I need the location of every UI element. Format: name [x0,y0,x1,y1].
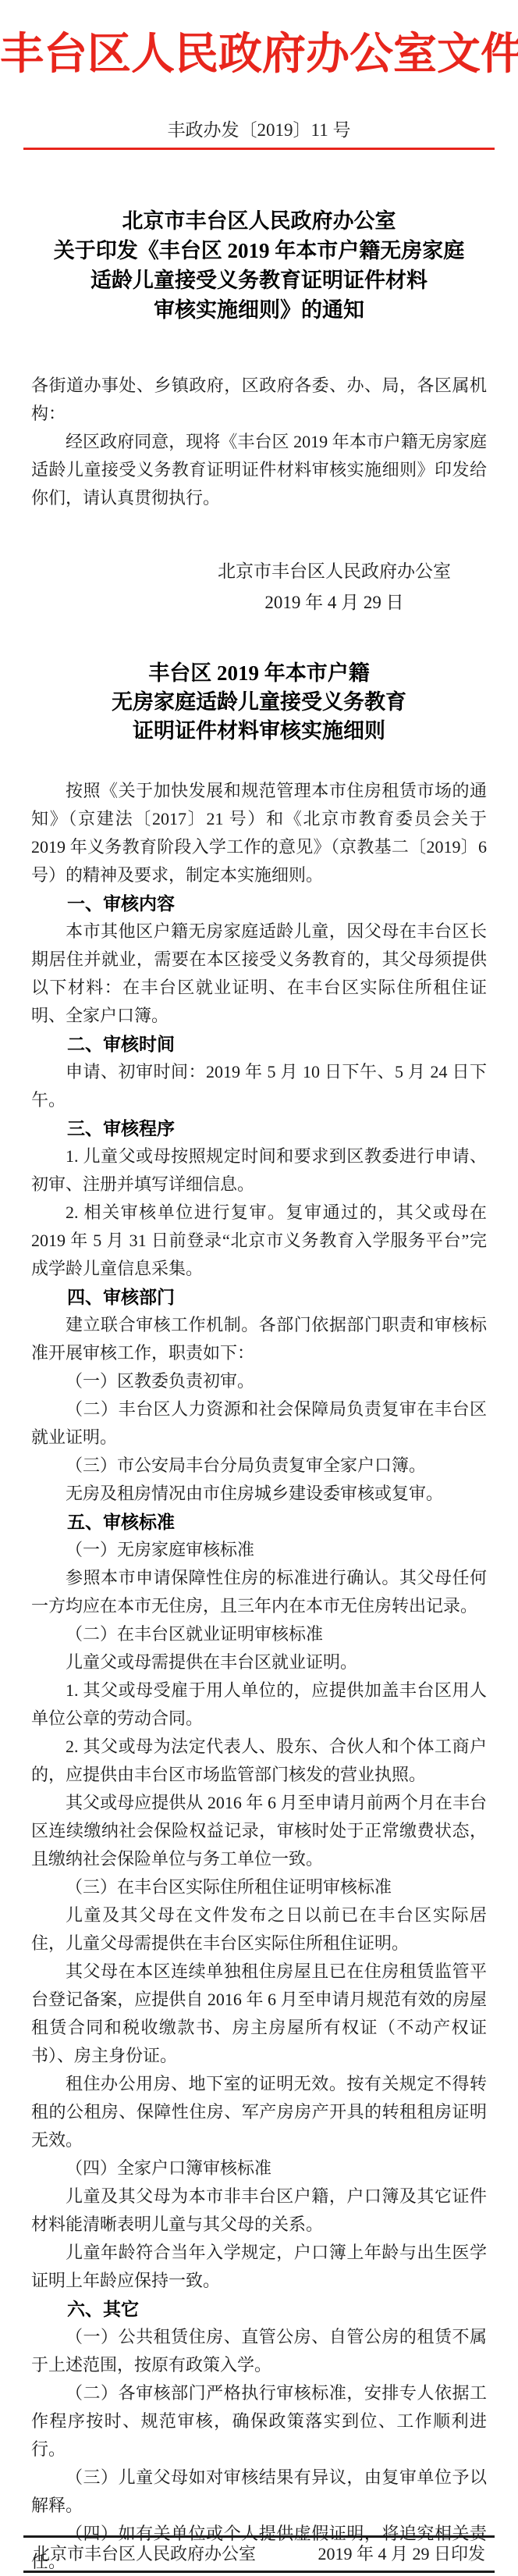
notice-title-line: 适龄儿童接受义务教育证明证件材料 [31,265,487,295]
paragraph: （二）在丰台区就业证明审核标准 [31,1620,487,1648]
paragraph: （一）公共租赁住房、直管公房、自管公房的租赁不属于上述范围，按原有政策入学。 [31,2323,487,2379]
paragraph: 其父或母应提供从 2016 年 6 月至申请月前两个月在丰台区连续缴纳社会保险权… [31,1789,487,1873]
paragraph: （二）丰台区人力资源和社会保障局负责复审在丰台区就业证明。 [31,1395,487,1452]
signature-date: 2019 年 4 月 29 日 [218,587,451,618]
signature-issuer: 北京市丰台区人民政府办公室 [218,556,451,587]
paragraph: 申请、初审时间：2019 年 5 月 10 日下午、5 月 24 日下午。 [31,1058,487,1114]
implementation-rules-title: 丰台区 2019 年本市户籍 无房家庭适龄儿童接受义务教育 证明证件材料审核实施… [31,659,487,746]
section-heading: 六、其它 [31,2295,487,2323]
notice-title-line: 审核实施细则》的通知 [31,295,487,325]
document-number: 丰政办发〔2019〕11 号 [0,120,518,141]
paragraph: 无房及租房情况由市住房城乡建设委审核或复审。 [31,1480,487,1508]
section-heading: 五、审核标准 [31,1508,487,1536]
section-heading: 四、审核部门 [31,1283,487,1311]
notice-body-paragraph: 经区政府同意，现将《丰台区 2019 年本市户籍无房家庭适龄儿童接受义务教育证明… [31,428,487,512]
footer-issuer: 北京市丰台区人民政府办公室 [33,2543,256,2565]
notice-title-line: 北京市丰台区人民政府办公室 [31,206,487,236]
paragraph: 参照本市申请保障性住房的标准进行确认。其父母任何一方均应在本市无住房，且三年内在… [31,1564,487,1620]
official-document-page: { "accent_red": "#e8251c", "banner": { "… [0,0,518,2576]
footer-print-date: 2019 年 4 月 29 日印发 [318,2543,485,2565]
rules-title-line: 无房家庭适龄儿童接受义务教育 [31,688,487,717]
paragraph: 儿童父或母需提供在丰台区就业证明。 [31,1648,487,1676]
paragraph: 其父母在本区连续单独租住房屋且已在住房租赁监管平台登记备案，应提供自 2016 … [31,1958,487,2070]
paragraph: （四）全家户口簿审核标准 [31,2154,487,2182]
paragraph: （三）市公安局丰台分局负责复审全家户口簿。 [31,1452,487,1480]
paragraph: 1. 其父或母受雇于用人单位的，应提供加盖丰台区用人单位公章的劳动合同。 [31,1676,487,1733]
rules-intro-paragraph: 按照《关于加快发展和规范管理本市住房租赁市场的通知》（京建法〔2017〕21 号… [31,777,487,889]
paragraph: 租住办公用房、地下室的证明无效。按有关规定不得转租的公租房、保障性住房、军产房房… [31,2070,487,2154]
red-divider-rule [23,148,495,150]
section-heading: 一、审核内容 [31,889,487,917]
paragraph: （一）无房家庭审核标准 [31,1536,487,1564]
paragraph: 本市其他区户籍无房家庭适龄儿童，因父母在丰台区长期居住并就业，需要在本区接受义务… [31,917,487,1030]
paragraph: （二）各审核部门严格执行审核标准，安排专人依据工作程序按时、规范审核，确保政策落… [31,2379,487,2464]
addressee-line: 各街道办事处、乡镇政府，区政府各委、办、局，各区属机构： [31,372,487,428]
paragraph: （一）区教委负责初审。 [31,1367,487,1395]
section-heading: 二、审核时间 [31,1030,487,1058]
paragraph: 2. 相关审核单位进行复审。复审通过的，其父或母在 2019 年 5 月 31 … [31,1199,487,1283]
rules-title-line: 证明证件材料审核实施细则 [31,717,487,746]
signature-block: 北京市丰台区人民政府办公室 2019 年 4 月 29 日 [218,556,451,618]
section-heading: 三、审核程序 [31,1114,487,1142]
rules-title-line: 丰台区 2019 年本市户籍 [31,659,487,688]
paragraph: 儿童及其父母为本市非丰台区户籍，户口簿及其它证件材料能清晰表明儿童与其父母的关系… [31,2182,487,2239]
paragraph: （三）儿童父母如对审核结果有异议，由复审单位予以解释。 [31,2464,487,2520]
paragraph: 建立联合审核工作机制。各部门依据部门职责和审核标准开展审核工作，职责如下： [31,1311,487,1367]
rules-sections: 一、审核内容本市其他区户籍无房家庭适龄儿童，因父母在丰台区长期居住并就业，需要在… [31,889,487,2576]
letterhead-title: 丰台区人民政府办公室文件 [0,0,518,91]
document-footer: 北京市丰台区人民政府办公室 2019 年 4 月 29 日印发 [23,2535,495,2573]
paragraph: 儿童及其父母在文件发布之日以前已在丰台区实际居住，儿童父母需提供在丰台区实际住所… [31,1901,487,1958]
notice-title-line: 关于印发《丰台区 2019 年本市户籍无房家庭 [31,236,487,265]
paragraph: （三）在丰台区实际住所租住证明审核标准 [31,1873,487,1901]
notice-title: 北京市丰台区人民政府办公室 关于印发《丰台区 2019 年本市户籍无房家庭 适龄… [31,206,487,325]
paragraph: 1. 儿童父或母按照规定时间和要求到区教委进行申请、初审、注册并填写详细信息。 [31,1142,487,1199]
paragraph: 儿童年龄符合当年入学规定，户口簿上年龄与出生医学证明上年龄应保持一致。 [31,2239,487,2295]
paragraph: 2. 其父或母为法定代表人、股东、合伙人和个体工商户的，应提供由丰台区市场监管部… [31,1733,487,1789]
